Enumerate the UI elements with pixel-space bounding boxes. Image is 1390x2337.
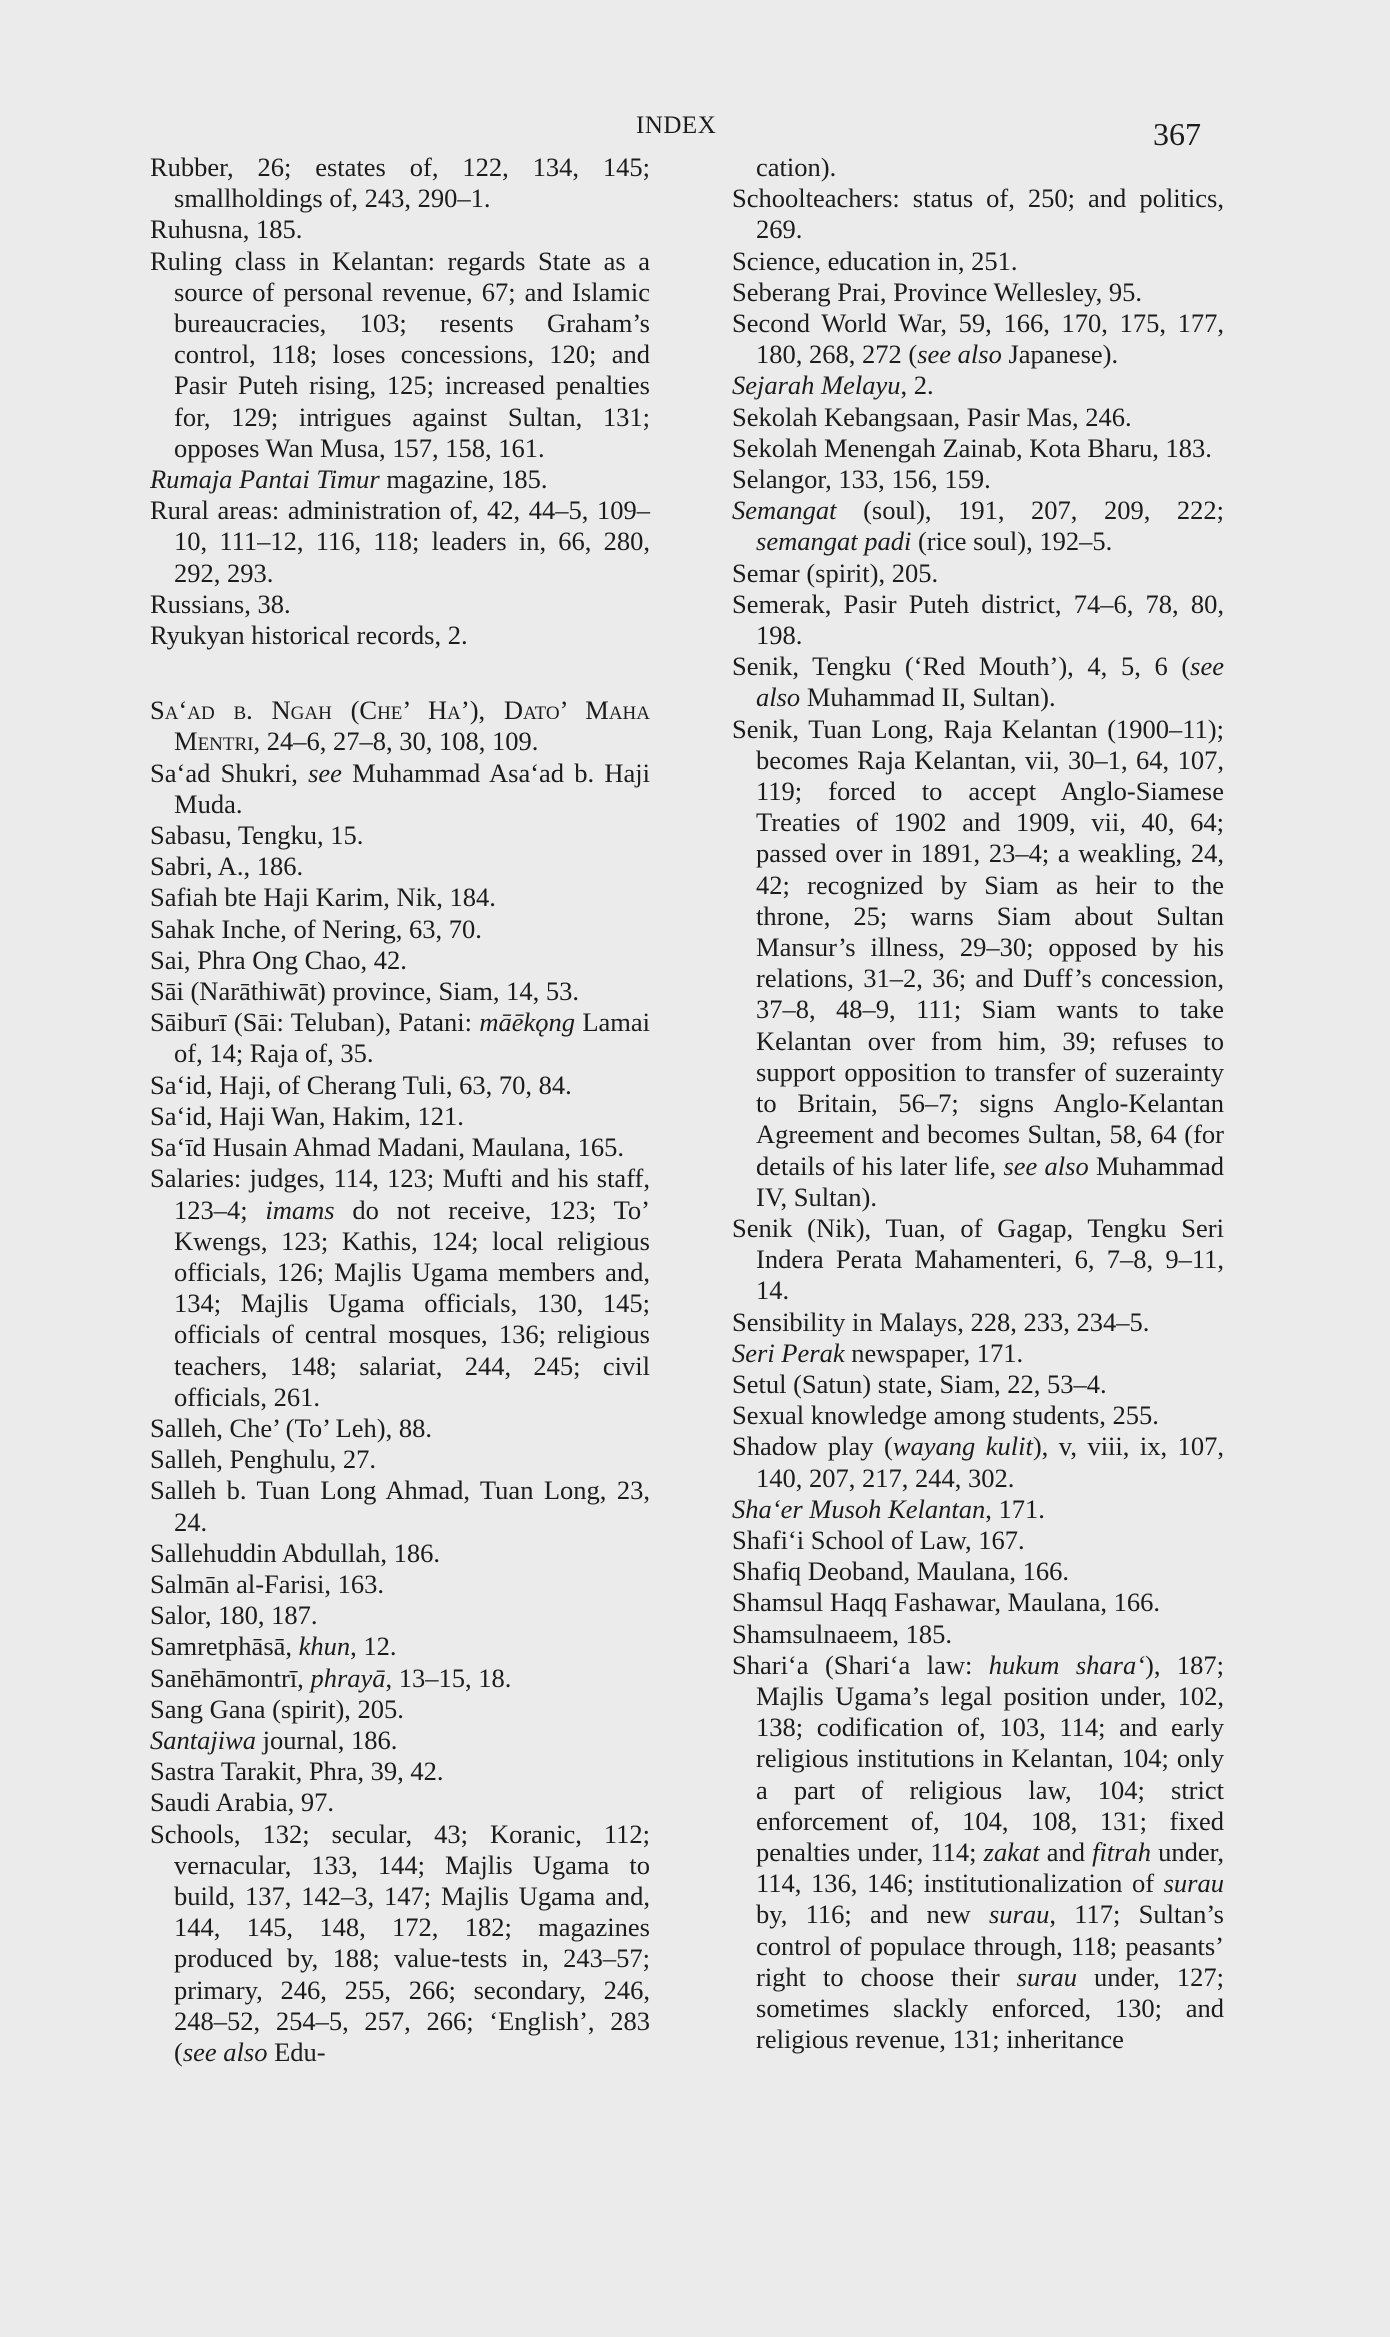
- index-entry: Semerak, Pasir Puteh district, 74–6, 78,…: [732, 589, 1224, 651]
- index-entry: Sa‘ad Shukri, see Muhammad Asa‘ad b. Haj…: [150, 758, 650, 820]
- index-entry: Schoolteachers: status of, 250; and poli…: [732, 183, 1224, 245]
- index-entry: Salleh, Che’ (To’ Leh), 88.: [150, 1413, 650, 1444]
- index-entry: Second World War, 59, 166, 170, 175, 177…: [732, 308, 1224, 370]
- index-entry: Ruhusna, 185.: [150, 214, 650, 245]
- index-entry: Saudi Arabia, 97.: [150, 1787, 650, 1818]
- index-entry: Shafiq Deoband, Maulana, 166.: [732, 1556, 1224, 1587]
- index-entry: Salmān al-Farisi, 163.: [150, 1569, 650, 1600]
- index-entry: Seberang Prai, Province Wellesley, 95.: [732, 277, 1224, 308]
- index-entry: Sai, Phra Ong Chao, 42.: [150, 945, 650, 976]
- index-column-right: cation). Schoolteachers: status of, 250;…: [732, 152, 1224, 2055]
- index-entry: Shadow play (wayang kulit), v, viii, ix,…: [732, 1431, 1224, 1493]
- index-entry: Salleh, Penghulu, 27.: [150, 1444, 650, 1475]
- index-entry: Semar (spirit), 205.: [732, 558, 1224, 589]
- index-entry: Sanēhāmontrī, phrayā, 13–15, 18.: [150, 1663, 650, 1694]
- index-entry: Sāiburī (Sāi: Teluban), Patani: māēkǫng …: [150, 1007, 650, 1069]
- index-entry: Sabasu, Tengku, 15.: [150, 820, 650, 851]
- index-entry: Sha‘er Musoh Kelantan, 171.: [732, 1494, 1224, 1525]
- index-entry: Ryukyan historical records, 2.: [150, 620, 650, 651]
- index-entry: Senik (Nik), Tuan, of Gagap, Tengku Seri…: [732, 1213, 1224, 1307]
- index-entry: Sexual knowledge among students, 255.: [732, 1400, 1224, 1431]
- index-entry: Semangat (soul), 191, 207, 209, 222; sem…: [732, 495, 1224, 557]
- index-entry: Rumaja Pantai Timur magazine, 185.: [150, 464, 650, 495]
- index-entry: Science, education in, 251.: [732, 246, 1224, 277]
- index-entry: Shamsulnaeem, 185.: [732, 1619, 1224, 1650]
- index-entry: Shari‘a (Shari‘a law: hukum shara‘), 187…: [732, 1650, 1224, 2056]
- index-entry: Setul (Satun) state, Siam, 22, 53–4.: [732, 1369, 1224, 1400]
- index-entry: Schools, 132; secular, 43; Koranic, 112;…: [150, 1819, 650, 2069]
- index-entry: Russians, 38.: [150, 589, 650, 620]
- index-entry: Sa‘id, Haji, of Cherang Tuli, 63, 70, 84…: [150, 1070, 650, 1101]
- index-entry-continuation: cation).: [732, 152, 1224, 183]
- index-entry: Santajiwa journal, 186.: [150, 1725, 650, 1756]
- index-entry: Rural areas: administration of, 42, 44–5…: [150, 495, 650, 589]
- page-number: 367: [1153, 116, 1201, 153]
- index-entry: Sallehuddin Abdullah, 186.: [150, 1538, 650, 1569]
- index-entry: Seri Perak newspaper, 171.: [732, 1338, 1224, 1369]
- index-entry: Rubber, 26; estates of, 122, 134, 145; s…: [150, 152, 650, 214]
- index-entry: Selangor, 133, 156, 159.: [732, 464, 1224, 495]
- index-entry: Salleh b. Tuan Long Ahmad, Tuan Long, 23…: [150, 1475, 650, 1537]
- index-entry: Senik, Tuan Long, Raja Kelantan (1900–11…: [732, 714, 1224, 1213]
- index-entry: Shafi‘i School of Law, 167.: [732, 1525, 1224, 1556]
- index-entry: Sa‘ad b. Ngah (Che’ Ha’), Dato’ Maha Men…: [150, 695, 650, 757]
- index-entry: Sekolah Kebangsaan, Pasir Mas, 246.: [732, 402, 1224, 433]
- index-entry: Sensibility in Malays, 228, 233, 234–5.: [732, 1307, 1224, 1338]
- index-entry: Sa‘īd Husain Ahmad Madani, Maulana, 165.: [150, 1132, 650, 1163]
- index-entry: Salor, 180, 187.: [150, 1600, 650, 1631]
- index-entry: Shamsul Haqq Fashawar, Maulana, 166.: [732, 1587, 1224, 1618]
- index-entry: Salaries: judges, 114, 123; Mufti and hi…: [150, 1163, 650, 1413]
- running-head: INDEX: [636, 112, 716, 140]
- index-column-left: Rubber, 26; estates of, 122, 134, 145; s…: [150, 152, 650, 2068]
- index-entry: Sabri, A., 186.: [150, 851, 650, 882]
- index-entry: Ruling class in Kelantan: regards State …: [150, 246, 650, 464]
- index-entry: Sastra Tarakit, Phra, 39, 42.: [150, 1756, 650, 1787]
- index-entry: Sejarah Melayu, 2.: [732, 370, 1224, 401]
- index-entry: Samretphāsā, khun, 12.: [150, 1631, 650, 1662]
- index-entry: Sāi (Narāthiwāt) province, Siam, 14, 53.: [150, 976, 650, 1007]
- index-entry: Sa‘id, Haji Wan, Hakim, 121.: [150, 1101, 650, 1132]
- index-entry: Senik, Tengku (‘Red Mouth’), 4, 5, 6 (se…: [732, 651, 1224, 713]
- index-entry: Safiah bte Haji Karim, Nik, 184.: [150, 882, 650, 913]
- index-entry: Sahak Inche, of Nering, 63, 70.: [150, 914, 650, 945]
- index-entry: Sang Gana (spirit), 205.: [150, 1694, 650, 1725]
- index-entry: Sekolah Menengah Zainab, Kota Bharu, 183…: [732, 433, 1224, 464]
